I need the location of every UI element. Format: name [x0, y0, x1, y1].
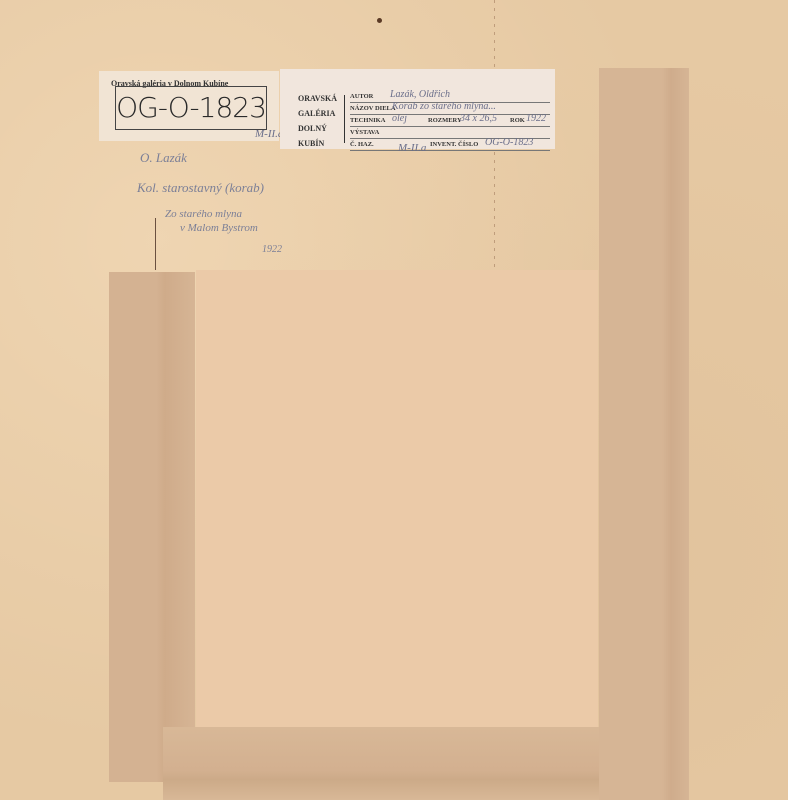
institution-line: KUBÍN	[298, 136, 337, 151]
gallery-card: ORAVSKÁ GALÉRIA DOLNÝ KUBÍN AUTOR Lazák,…	[280, 69, 555, 149]
field-key: ROK	[510, 117, 525, 124]
handwriting-line: 1922	[262, 244, 282, 255]
field-key: Č. HAZ.	[350, 141, 374, 148]
handwriting-line: O. Lazák	[140, 150, 187, 166]
institution-line: ORAVSKÁ	[298, 91, 337, 106]
tape-strip-bottom	[163, 727, 599, 800]
field-nazov: NÁZOV DIELA Korab zo starého mlyna...	[350, 103, 550, 115]
inner-panel	[196, 270, 598, 728]
card-note: M-II.a	[398, 142, 426, 154]
institution-line: DOLNÝ	[298, 121, 337, 136]
field-chnaz: Č. HAZ. INVENT. ČÍSLO OG-O-1823	[350, 139, 550, 151]
tape-strip-left	[109, 272, 195, 782]
field-value: OG-O-1823	[485, 137, 533, 148]
handwriting-line: Zo starého mlyna	[165, 208, 242, 220]
field-key: AUTOR	[350, 93, 373, 100]
inventory-number: OG-O-1823	[116, 91, 266, 124]
handwriting-line: v Malom Bystrom	[180, 222, 258, 234]
field-value: 1922	[526, 113, 546, 124]
field-value: Lazák, Oldřich	[390, 89, 450, 100]
field-technika: TECHNIKA olej ROZMERY 34 x 26,5 ROK 1922	[350, 115, 550, 127]
crease-mark	[155, 218, 156, 270]
field-value: olej	[392, 113, 407, 124]
field-key: VÝSTAVA	[350, 129, 379, 136]
field-key: TECHNIKA	[350, 117, 385, 124]
inventory-box: OG-O-1823	[115, 86, 267, 130]
nail-hole	[377, 18, 382, 23]
field-key: INVENT. ČÍSLO	[430, 141, 478, 148]
field-value: 34 x 26,5	[460, 113, 497, 124]
field-key: ROZMERY	[428, 117, 462, 124]
handwriting-line: Kol. starostavný (korab)	[137, 180, 264, 196]
institution-name: ORAVSKÁ GALÉRIA DOLNÝ KUBÍN	[298, 91, 337, 151]
inventory-label: Oravská galéria v Dolnom Kubíne OG-O-182…	[99, 71, 279, 141]
field-key: NÁZOV DIELA	[350, 105, 396, 112]
tape-strip-right	[599, 68, 689, 800]
field-value: Korab zo starého mlyna...	[392, 101, 496, 112]
institution-line: GALÉRIA	[298, 106, 337, 121]
divider	[344, 95, 345, 143]
